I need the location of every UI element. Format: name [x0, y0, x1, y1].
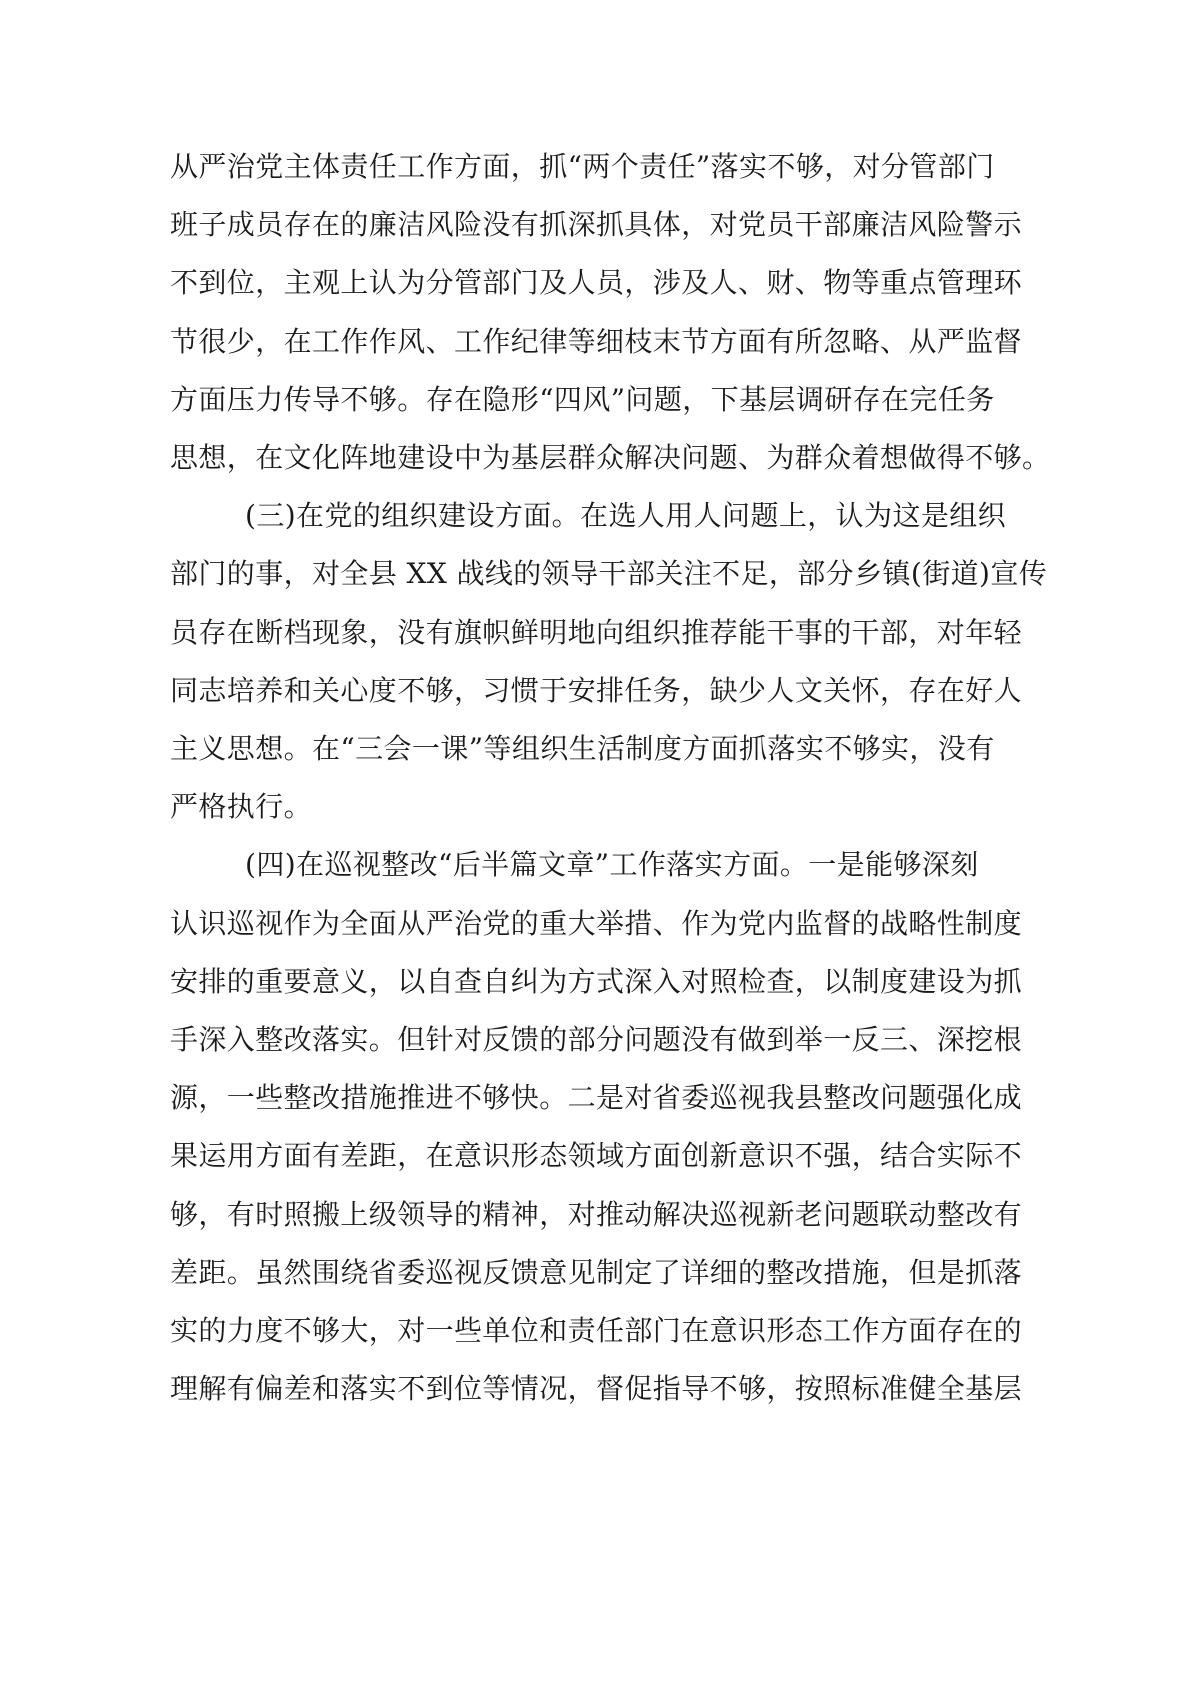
text-line: 同志培养和关心度不够，习惯于安排任务，缺少人文关怀，存在好人	[170, 662, 945, 720]
text-line: 节很少，在工作作风、工作纪律等细枝末节方面有所忽略、从严监督	[170, 313, 945, 371]
text-line: 认识巡视作为全面从严治党的重大举措、作为党内监督的战略性制度	[170, 895, 945, 953]
text-line: 从严治党主体责任工作方面，抓“两个责任”落实不够，对分管部门	[170, 138, 945, 196]
paragraph-section-4: (四)在巡视整改“后半篇文章”工作落实方面。一是能够深刻 认识巡视作为全面从严治…	[170, 836, 945, 1418]
text-line: 果运用方面有差距，在意识形态领域方面创新意识不强，结合实际不	[170, 1127, 945, 1185]
paragraph-continuation: 从严治党主体责任工作方面，抓“两个责任”落实不够，对分管部门 班子成员存在的廉洁…	[170, 138, 945, 487]
text-line: 部门的事，对全县 XX 战线的领导干部关注不足，部分乡镇(街道)宣传	[170, 545, 945, 603]
section-heading-line: (三)在党的组织建设方面。在选人用人问题上，认为这是组织	[170, 487, 945, 545]
text-line: 手深入整改落实。但针对反馈的部分问题没有做到举一反三、深挖根	[170, 1011, 945, 1069]
text-line: 实的力度不够大，对一些单位和责任部门在意识形态工作方面存在的	[170, 1302, 945, 1360]
text-line: 差距。虽然围绕省委巡视反馈意见制定了详细的整改措施，但是抓落	[170, 1244, 945, 1302]
text-line: 源，一些整改措施推进不够快。二是对省委巡视我县整改问题强化成	[170, 1069, 945, 1127]
text-line: 主义思想。在“三会一课”等组织生活制度方面抓落实不够实，没有	[170, 720, 945, 778]
document-page: 从严治党主体责任工作方面，抓“两个责任”落实不够，对分管部门 班子成员存在的廉洁…	[170, 138, 945, 1418]
text-line: 班子成员存在的廉洁风险没有抓深抓具体，对党员干部廉洁风险警示	[170, 196, 945, 254]
text-line: 安排的重要意义，以自查自纠为方式深入对照检查，以制度建设为抓	[170, 953, 945, 1011]
text-line: 员存在断档现象，没有旗帜鲜明地向组织推荐能干事的干部，对年轻	[170, 604, 945, 662]
text-line: 方面压力传导不够。存在隐形“四风”问题，下基层调研存在完任务	[170, 371, 945, 429]
text-line: 理解有偏差和落实不到位等情况，督促指导不够，按照标准健全基层	[170, 1360, 945, 1418]
section-heading-line: (四)在巡视整改“后半篇文章”工作落实方面。一是能够深刻	[170, 836, 945, 894]
text-line: 思想，在文化阵地建设中为基层群众解决问题、为群众着想做得不够。	[170, 429, 945, 487]
paragraph-section-3: (三)在党的组织建设方面。在选人用人问题上，认为这是组织 部门的事，对全县 XX…	[170, 487, 945, 836]
text-line: 够，有时照搬上级领导的精神，对推动解决巡视新老问题联动整改有	[170, 1186, 945, 1244]
text-line: 严格执行。	[170, 778, 945, 836]
text-line: 不到位，主观上认为分管部门及人员，涉及人、财、物等重点管理环	[170, 254, 945, 312]
